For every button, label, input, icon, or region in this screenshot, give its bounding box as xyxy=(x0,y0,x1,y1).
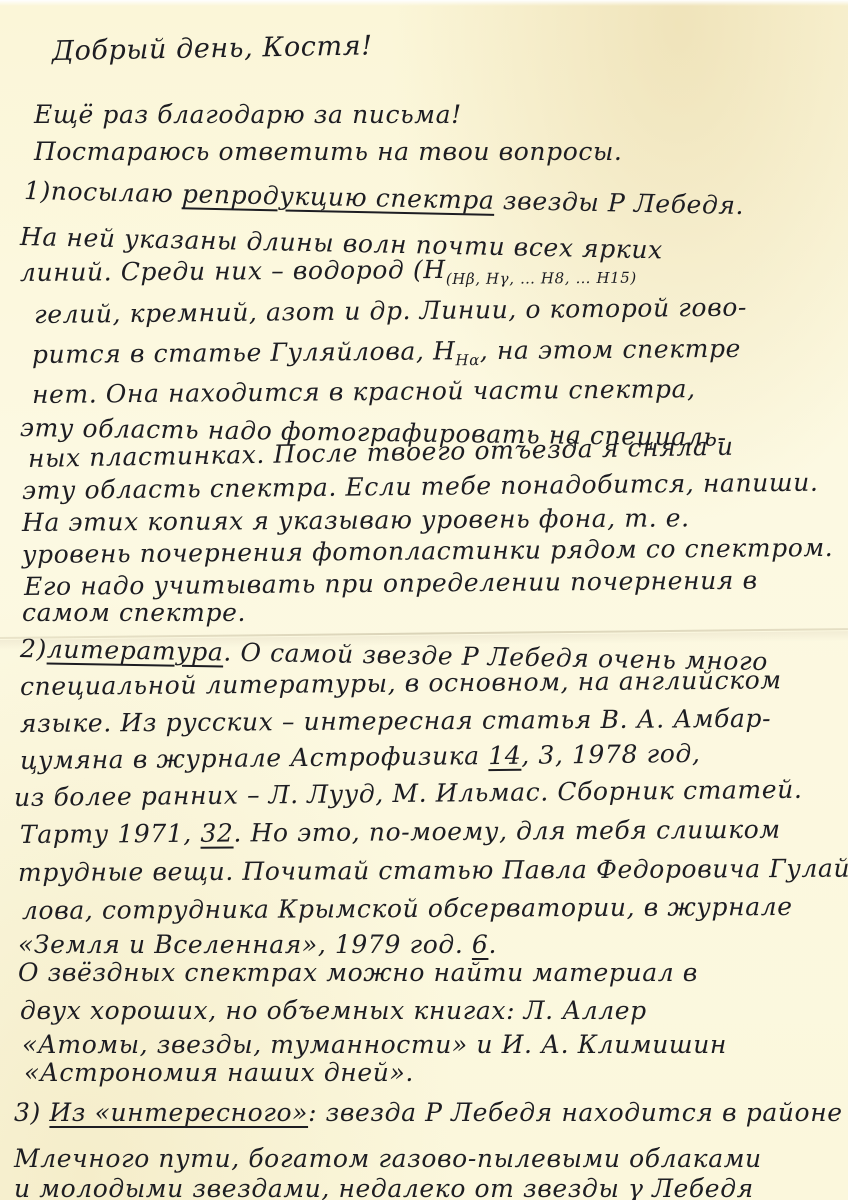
handwritten-letter: Добрый день, Костя! Ещё раз благодарю за… xyxy=(0,0,848,1200)
section2-line-6: Тарту 1971, 32. Но это, по-моему, для те… xyxy=(20,815,781,849)
section2-line-11: двух хороших, но объемных книгах: Л. Алл… xyxy=(20,996,647,1025)
intro-line-2: Постараюсь ответить на твои вопросы. xyxy=(34,137,622,166)
section1-line-6: нет. Она находится в красной части спект… xyxy=(32,374,696,409)
section2-heading: литература xyxy=(47,634,224,666)
section1-line-12: Его надо учитывать при определении почер… xyxy=(24,566,758,601)
letter-greeting: Добрый день, Костя! xyxy=(52,30,373,67)
section2-number: 2) xyxy=(20,634,47,663)
section1-line-1: 1)посылаю репродукцию спектра звезды Р Л… xyxy=(24,176,745,220)
section3-line-1: 3) Из «интересного»: звезда Р Лебедя нах… xyxy=(14,1098,843,1127)
section1-line-13: самом спектре. xyxy=(22,598,246,627)
journal-volume-14: 14 xyxy=(488,741,521,770)
h-alpha: Hα xyxy=(455,351,480,369)
section3-number: 3) xyxy=(14,1098,41,1127)
section1-line-11: уровень почернения фотопластинки рядом с… xyxy=(22,533,834,569)
section2-line-2: специальной литературы, в основном, на а… xyxy=(20,665,782,701)
intro-line-1: Ещё раз благодарю за письма! xyxy=(34,100,462,129)
section2-line-9: «Земля и Вселенная», 1979 год. 6. xyxy=(18,930,497,959)
section1-line-10: На этих копиях я указываю уровень фона, … xyxy=(22,503,690,537)
section2-line-8: лова, сотрудника Крымской обсерватории, … xyxy=(22,892,793,925)
section2-line-7: трудные вещи. Почитай статью Павла Федор… xyxy=(18,854,848,887)
section1-line-4: гелий, кремний, азот и др. Линии, о кото… xyxy=(34,293,747,329)
section2-line-4: цумяна в журнале Астрофизика 14, 3, 1978… xyxy=(20,739,701,775)
section3-line-2: Млечного пути, богатом газово-пылевыми о… xyxy=(14,1144,762,1173)
section3-heading: Из «интересного» xyxy=(49,1098,308,1127)
section3-line-3: и молодыми звездами, недалеко от звезды … xyxy=(14,1174,754,1200)
section2-line-3: языке. Из русских – интересная статья В.… xyxy=(20,704,771,738)
section1-line-9: эту область спектра. Если тебе понадобит… xyxy=(22,468,819,505)
section2-line-5: из более ранних – Л. Лууд, М. Ильмас. Сб… xyxy=(14,775,803,812)
section1-line-3: линий. Среди них – водород (H(Hβ, Hγ, … … xyxy=(20,254,637,291)
issue-number-6: 6 xyxy=(472,930,489,959)
section1-line-5: рится в статье Гуляйлова, HHα, на этом с… xyxy=(32,334,741,373)
collection-volume-32: 32 xyxy=(200,819,233,848)
section2-line-13: «Астрономия наших дней». xyxy=(24,1058,414,1087)
hydrogen-series: (Hβ, Hγ, … H8, … H15) xyxy=(446,269,637,288)
underlined-reproduction: репродукцию спектра xyxy=(182,179,495,215)
section1-number: 1) xyxy=(24,176,51,206)
section2-line-12: «Атомы, звезды, туманности» и И. А. Клим… xyxy=(22,1030,727,1059)
section2-line-10: О звёздных спектрах можно найти материал… xyxy=(18,958,698,987)
